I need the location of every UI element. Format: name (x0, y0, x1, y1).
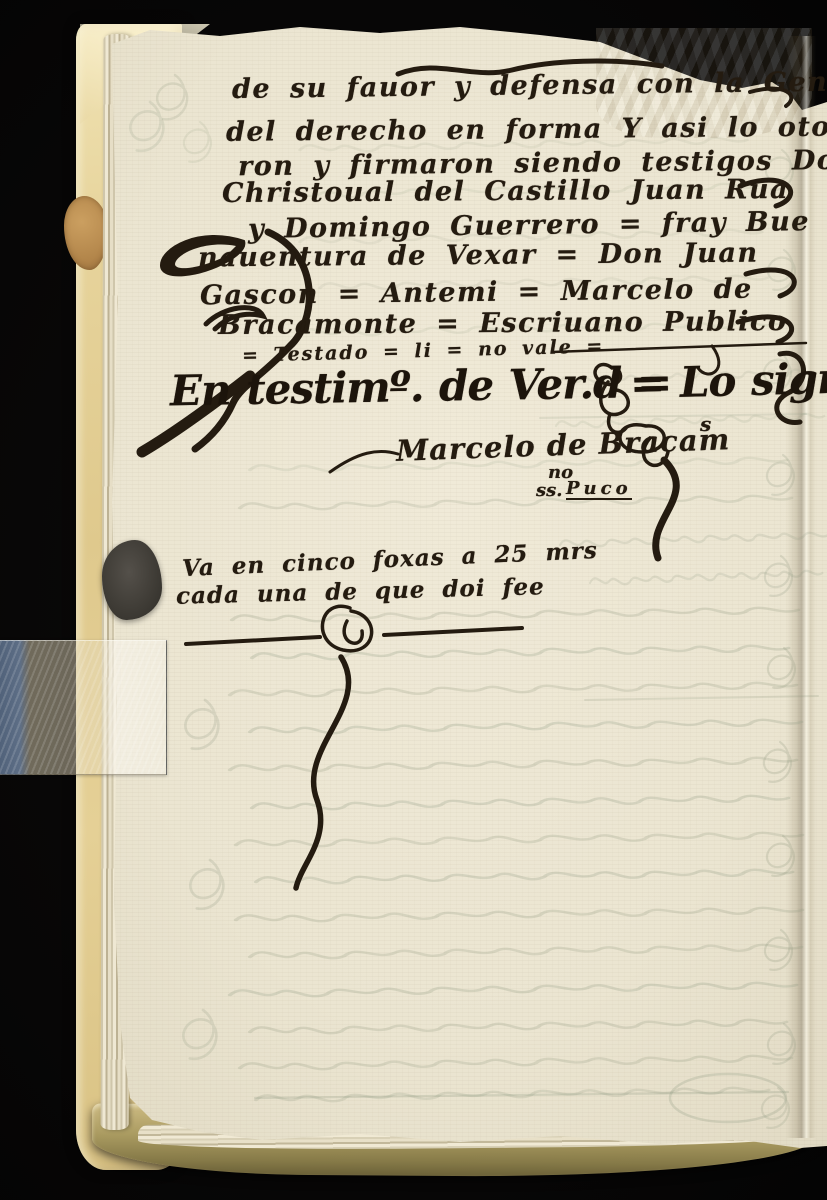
photograph-backdrop: de su fauor y defensa con la General del… (0, 0, 827, 1200)
note-dash-right (384, 628, 522, 635)
manuscript-line-4: Christoual del Castillo Juan Rua (222, 174, 789, 209)
notary-title-abbrev-puco: Puco (566, 480, 632, 500)
note-dash-left (186, 637, 320, 644)
signature-rubric-tail (656, 460, 677, 558)
gutter-ink-stain (102, 540, 162, 620)
manuscript-line-8: Bracamonte = Escriuano Publico (218, 306, 788, 341)
notary-title-abbrev-ss: ss. (536, 482, 563, 499)
manuscript-line-6: nauentura de Vexar = Don Juan (198, 238, 759, 274)
attestation-right: = Lo signe (629, 353, 827, 408)
line5-end-swash (746, 270, 794, 296)
note-rubric-knot (322, 606, 371, 651)
note-rubric-tail (296, 657, 349, 888)
attestation-left: En testimº. de Ver.d = (170, 358, 672, 416)
manuscript-line-2: del derecho en forma Y asi lo otorga (226, 111, 827, 148)
translucent-bookmark-tab (0, 640, 167, 775)
